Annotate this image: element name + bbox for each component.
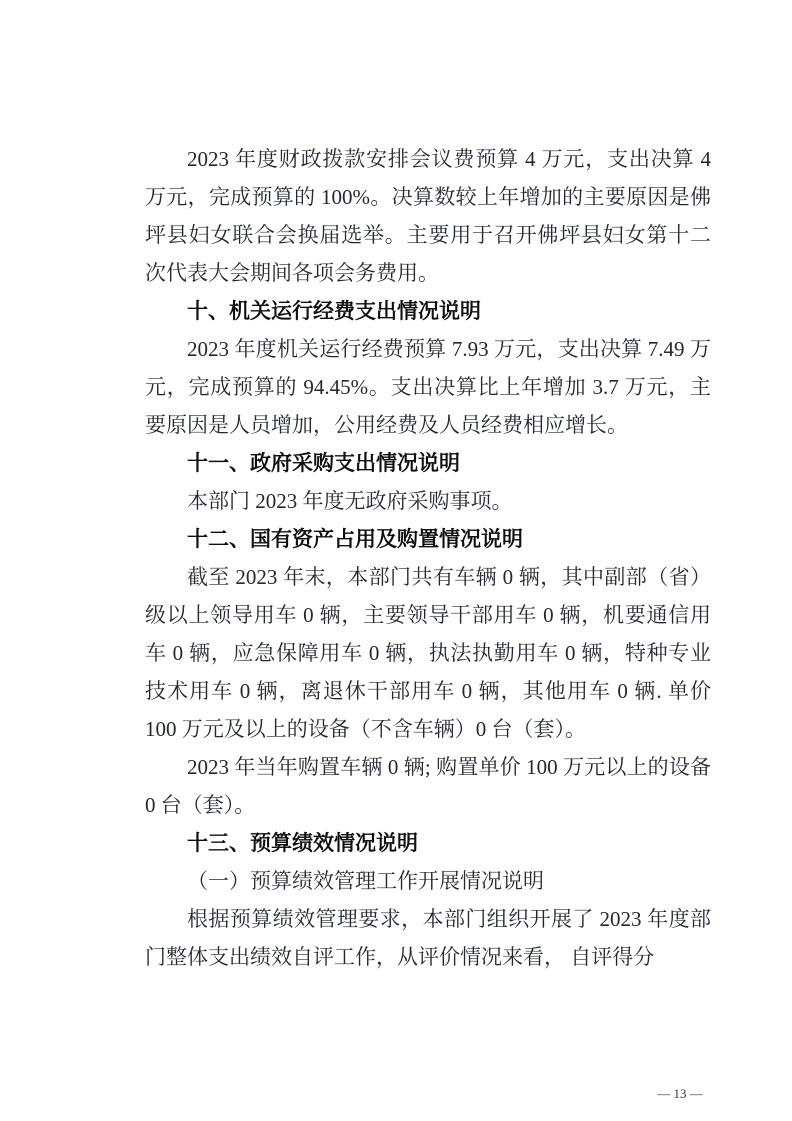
heading-section-ten-agency-operating-expense: 十、机关运行经费支出情况说明 <box>145 292 711 330</box>
paragraph-vehicle-holdings: 截至 2023 年末，本部门共有车辆 0 辆，其中副部（省）级以上领导用车 0 … <box>145 558 711 748</box>
paragraph-conference-fee-budget: 2023 年度财政拨款安排会议费预算 4 万元，支出决算 4 万元，完成预算的 … <box>145 140 711 292</box>
heading-section-thirteen-budget-performance: 十三、预算绩效情况说明 <box>145 824 711 862</box>
heading-section-eleven-government-procurement: 十一、政府采购支出情况说明 <box>145 444 711 482</box>
document-text-column: 2023 年度财政拨款安排会议费预算 4 万元，支出决算 4 万元，完成预算的 … <box>145 140 711 976</box>
paragraph-current-year-purchases: 2023 年当年购置车辆 0 辆; 购置单价 100 万元以上的设备 0 台（套… <box>145 748 711 824</box>
paragraph-performance-self-evaluation: 根据预算绩效管理要求，本部门组织开展了 2023 年度部门整体支出绩效自评工作，… <box>145 900 711 976</box>
page-number: — 13 — <box>640 1084 720 1104</box>
subheading-performance-management-work: （一）预算绩效管理工作开展情况说明 <box>145 862 711 900</box>
paragraph-no-procurement: 本部门 2023 年度无政府采购事项。 <box>145 482 711 520</box>
heading-section-twelve-state-assets: 十二、国有资产占用及购置情况说明 <box>145 520 711 558</box>
document-page: 2023 年度财政拨款安排会议费预算 4 万元，支出决算 4 万元，完成预算的 … <box>0 0 792 1121</box>
paragraph-agency-operating-expense: 2023 年度机关运行经费预算 7.93 万元，支出决算 7.49 万元，完成预… <box>145 330 711 444</box>
